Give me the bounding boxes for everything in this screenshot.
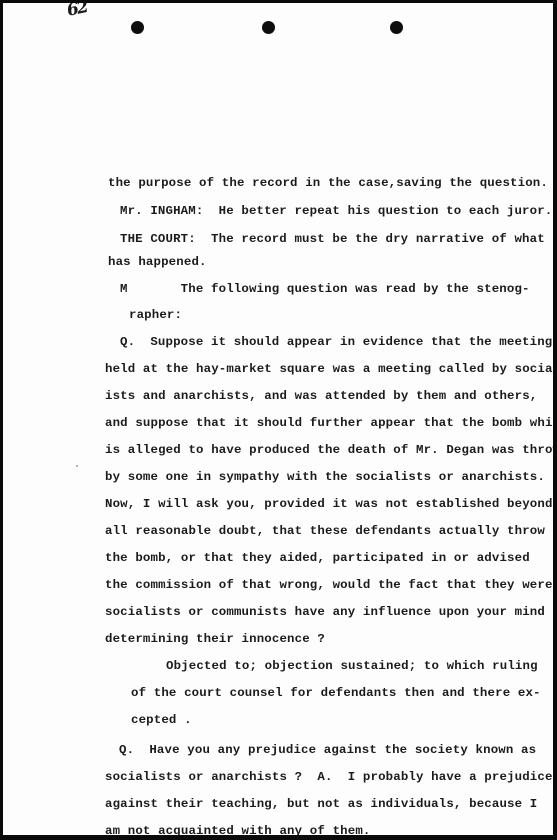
objection-line: Objected to; objection sustained; to whi… — [166, 659, 538, 673]
transcript-line: Now, I will ask you, provided it was not… — [105, 497, 553, 511]
transcript-line: the commission of that wrong, would the … — [105, 578, 553, 592]
transcript-line: the bomb, or that they aided, participat… — [105, 551, 530, 565]
transcript-line: ists and anarchists, and was attended by… — [105, 389, 537, 403]
handwritten-page-number: 62 — [65, 3, 88, 21]
objection-line: of the court counsel for defendants then… — [131, 686, 541, 700]
punch-hole-icon — [390, 21, 403, 34]
transcript-line: is alleged to have produced the death of… — [105, 443, 553, 457]
transcript-line: has happened. — [108, 255, 207, 269]
answer-line: socialists or anarchists ? A. I probably… — [105, 770, 553, 784]
transcript-line: determining their innocence ? — [105, 632, 325, 646]
transcript-line: all reasonable doubt, that these defenda… — [105, 524, 545, 538]
transcript-line: am not acquainted with any of them. — [105, 824, 371, 835]
question-line: Q. Suppose it should appear in evidence … — [120, 335, 552, 349]
objection-line: cepted . — [131, 713, 192, 727]
transcript-line: socialists or communists have any influe… — [105, 605, 553, 619]
transcript-line: against their teaching, but not as indiv… — [105, 797, 537, 811]
transcript-line: held at the hay-market square was a meet… — [105, 362, 553, 376]
transcript-line: and suppose that it should further appea… — [105, 416, 553, 430]
scan-speck — [76, 465, 78, 467]
punch-hole-icon — [262, 21, 275, 34]
question-line: Q. Have you any prejudice against the so… — [119, 743, 536, 757]
speaker-line-ingham: Mr. INGHAM: He better repeat his questio… — [120, 204, 552, 218]
transcript-line: the purpose of the record in the case,sa… — [108, 176, 548, 190]
transcript-line: rapher: — [129, 308, 182, 322]
speaker-line-court: THE COURT: The record must be the dry na… — [120, 232, 545, 246]
transcript-line: by some one in sympathy with the sociali… — [105, 470, 545, 484]
document-page: 62 the purpose of the record in the case… — [3, 3, 553, 835]
punch-hole-icon — [131, 21, 144, 34]
transcript-line: M The following question was read by the… — [120, 282, 530, 296]
